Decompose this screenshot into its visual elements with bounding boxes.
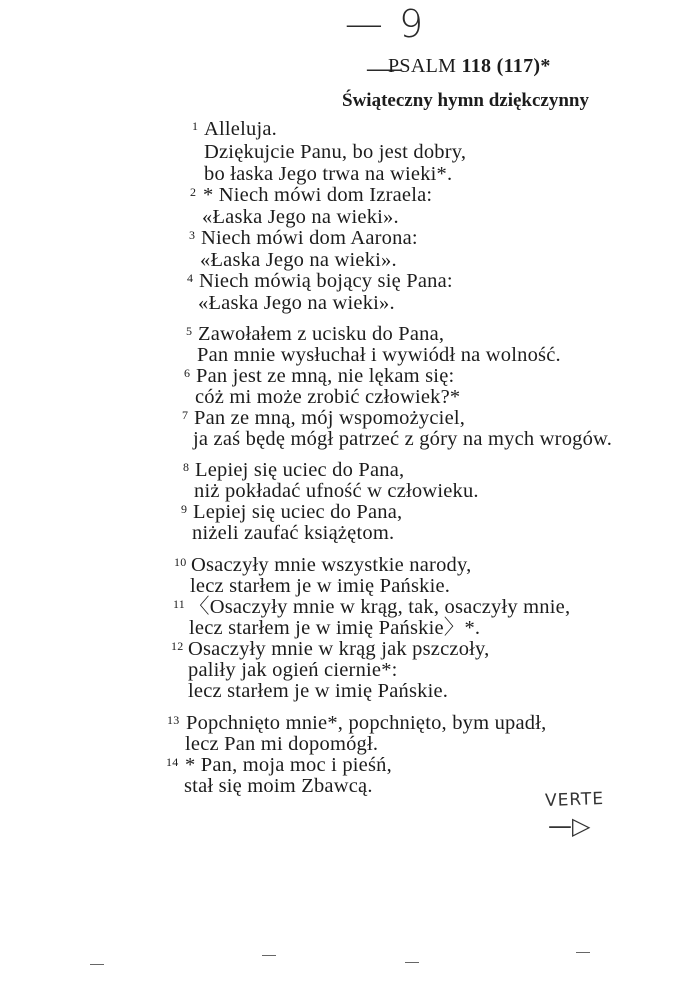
verse-line: bo łaska Jego trwa na wieki*. xyxy=(204,163,452,185)
scan-mark xyxy=(262,955,276,956)
verse-line: Pan mnie wysłuchał i wywiódł na wolność. xyxy=(197,344,561,366)
verse-line: 14* Pan, moja moc i pieśń, xyxy=(185,754,392,776)
psalm-subtitle: Świąteczny hymn dziękczynny xyxy=(342,90,589,112)
verse-line: 8Lepiej się uciec do Pana, xyxy=(195,459,404,481)
scan-mark xyxy=(576,952,590,953)
verse-line: Dziękujcie Panu, bo jest dobry, xyxy=(204,141,466,163)
verse-line: lecz starłem je w imię Pańskie. xyxy=(190,575,450,597)
verse-line: lecz Pan mi dopomógł. xyxy=(185,733,378,755)
verse-line: stał się moim Zbawcą. xyxy=(184,775,373,797)
verse-line: 11〈Osaczyły mnie w krąg, tak, osaczyły m… xyxy=(189,596,570,618)
verse-line: 3Niech mówi dom Aarona: xyxy=(201,227,418,249)
verse-line: 6Pan jest ze mną, nie lękam się: xyxy=(196,365,454,387)
verse-line: 7Pan ze mną, mój wspomożyciel, xyxy=(194,407,465,429)
handwritten-arrow-icon: —▷ xyxy=(548,812,590,840)
verse-line: «Łaska Jego na wieki». xyxy=(202,206,399,228)
title-number: 118 (117)* xyxy=(462,55,551,77)
verse-line: 9Lepiej się uciec do Pana, xyxy=(193,501,402,523)
verse-line: paliły jak ogień ciernie*: xyxy=(188,659,398,681)
handwritten-verte-note: VERTE xyxy=(545,789,605,811)
verse-line: «Łaska Jego na wieki». xyxy=(200,249,397,271)
verse-line: 13Popchnięto mnie*, popchnięto, bym upad… xyxy=(186,712,546,734)
verse-line: niżeli zaufać książętom. xyxy=(192,522,394,544)
verse-line: cóż mi może zrobić człowiek?* xyxy=(195,386,460,408)
title-prefix: PSALM xyxy=(388,55,456,77)
verse-line: 12Osaczyły mnie w krąg jak pszczoły, xyxy=(188,638,489,660)
verse-line: 4Niech mówią bojący się Pana: xyxy=(199,270,453,292)
verse-line: lecz starłem je w imię Pańskie. xyxy=(188,680,448,702)
verse-line: lecz starłem je w imię Pańskie〉*. xyxy=(189,617,480,639)
verse-line: 2* Niech mówi dom Izraela: xyxy=(203,184,432,206)
verse-line: 5Zawołałem z ucisku do Pana, xyxy=(198,323,444,345)
verse-line: «Łaska Jego na wieki». xyxy=(198,292,395,314)
verse-line: 1Alleluja. xyxy=(204,118,277,140)
verse-line: 10Osaczyły mnie wszystkie narody, xyxy=(191,554,471,576)
verse-line: niż pokładać ufność w człowieku. xyxy=(194,480,479,502)
scan-mark xyxy=(405,962,419,963)
verse-line: ja zaś będę mógł patrzeć z góry na mych … xyxy=(193,428,612,450)
psalm-title: PSALM 118 (117)* xyxy=(388,55,551,78)
scan-mark xyxy=(90,964,104,965)
